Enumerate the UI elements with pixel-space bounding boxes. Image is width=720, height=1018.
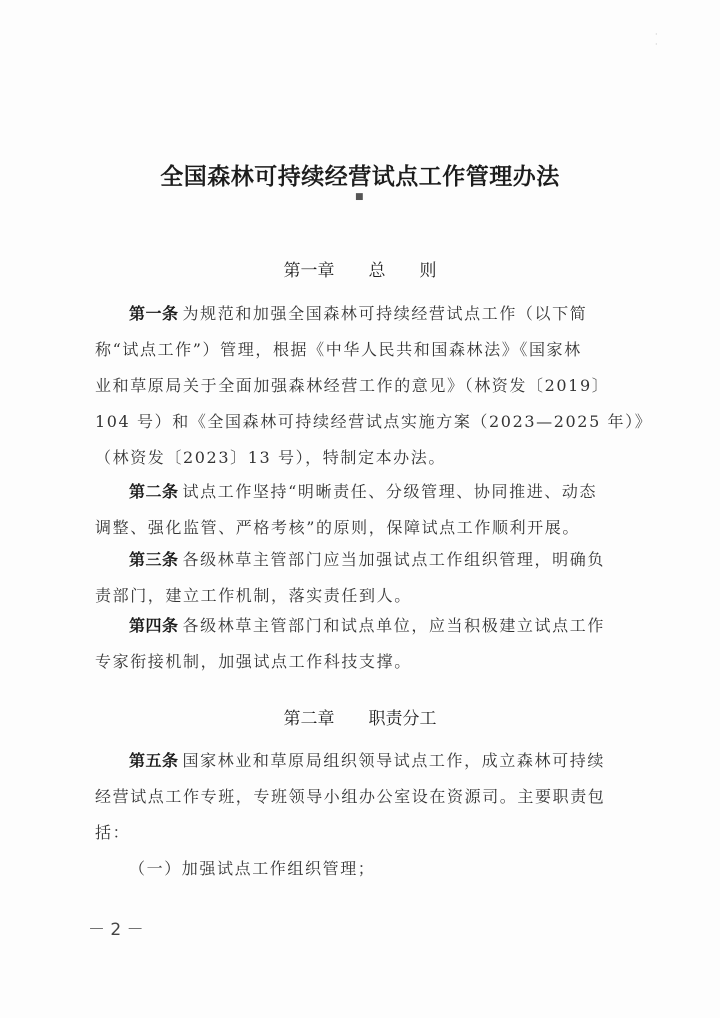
article-3: 第三条各级林草主管部门应当加强试点工作组织管理，明确负 责部门，建立工作机制，落… (95, 542, 630, 614)
page-number: － 2 － (88, 915, 144, 940)
scan-artifact: ·· (655, 30, 658, 50)
article-label: 第五条 (129, 751, 179, 770)
document-page: ·· 全国森林可持续经营试点工作管理办法 ■ 第一章 总 则 第一条为规范和加强… (0, 0, 720, 1018)
article-text: 称“试点工作”）管理，根据《中华人民共和国森林法》《国家林 (95, 332, 630, 368)
article-label: 第四条 (129, 616, 179, 635)
article-label: 第三条 (129, 550, 179, 569)
document-title: 全国森林可持续经营试点工作管理办法 (0, 158, 720, 191)
article-label: 第一条 (129, 304, 179, 323)
article-text: 国家林业和草原局组织领导试点工作，成立森林可持续 (183, 751, 605, 770)
article-label: 第二条 (129, 482, 179, 501)
article-text: （林资发〔2023〕13 号），特制定本办法。 (95, 440, 630, 476)
article-text: 各级林草主管部门和试点单位，应当积极建立试点工作 (183, 616, 605, 635)
article-text: 经营试点工作专班，专班领导小组办公室设在资源司。主要职责包 (95, 779, 630, 815)
article-text: 为规范和加强全国森林可持续经营试点工作（以下简 (183, 304, 588, 323)
chapter-heading: 第一章 总 则 (0, 256, 720, 281)
chapter-heading: 第二章 职责分工 (0, 704, 720, 729)
article-text: 专家衔接机制，加强试点工作科技支撑。 (95, 644, 630, 680)
title-seal-mark: ■ (355, 192, 364, 202)
article-text: 104 号）和《全国森林可持续经营试点实施方案（2023—2025 年）》 (95, 404, 630, 440)
article-text: 业和草原局关于全面加强森林经营工作的意见》（林资发〔2019〕 (95, 368, 630, 404)
article-text: 调整、强化监管、严格考核”的原则，保障试点工作顺利开展。 (95, 510, 630, 546)
list-item: （一）加强试点工作组织管理； (95, 851, 630, 887)
article-text: 括： (95, 815, 630, 851)
article-4: 第四条各级林草主管部门和试点单位，应当积极建立试点工作 专家衔接机制，加强试点工… (95, 608, 630, 680)
article-text: 各级林草主管部门应当加强试点工作组织管理，明确负 (183, 550, 605, 569)
article-2: 第二条试点工作坚持“明晰责任、分级管理、协同推进、动态 调整、强化监管、严格考核… (95, 474, 630, 546)
article-5: 第五条国家林业和草原局组织领导试点工作，成立森林可持续 经营试点工作专班，专班领… (95, 743, 630, 887)
article-1: 第一条为规范和加强全国森林可持续经营试点工作（以下简 称“试点工作”）管理，根据… (95, 296, 630, 476)
article-text: 试点工作坚持“明晰责任、分级管理、协同推进、动态 (183, 482, 598, 501)
